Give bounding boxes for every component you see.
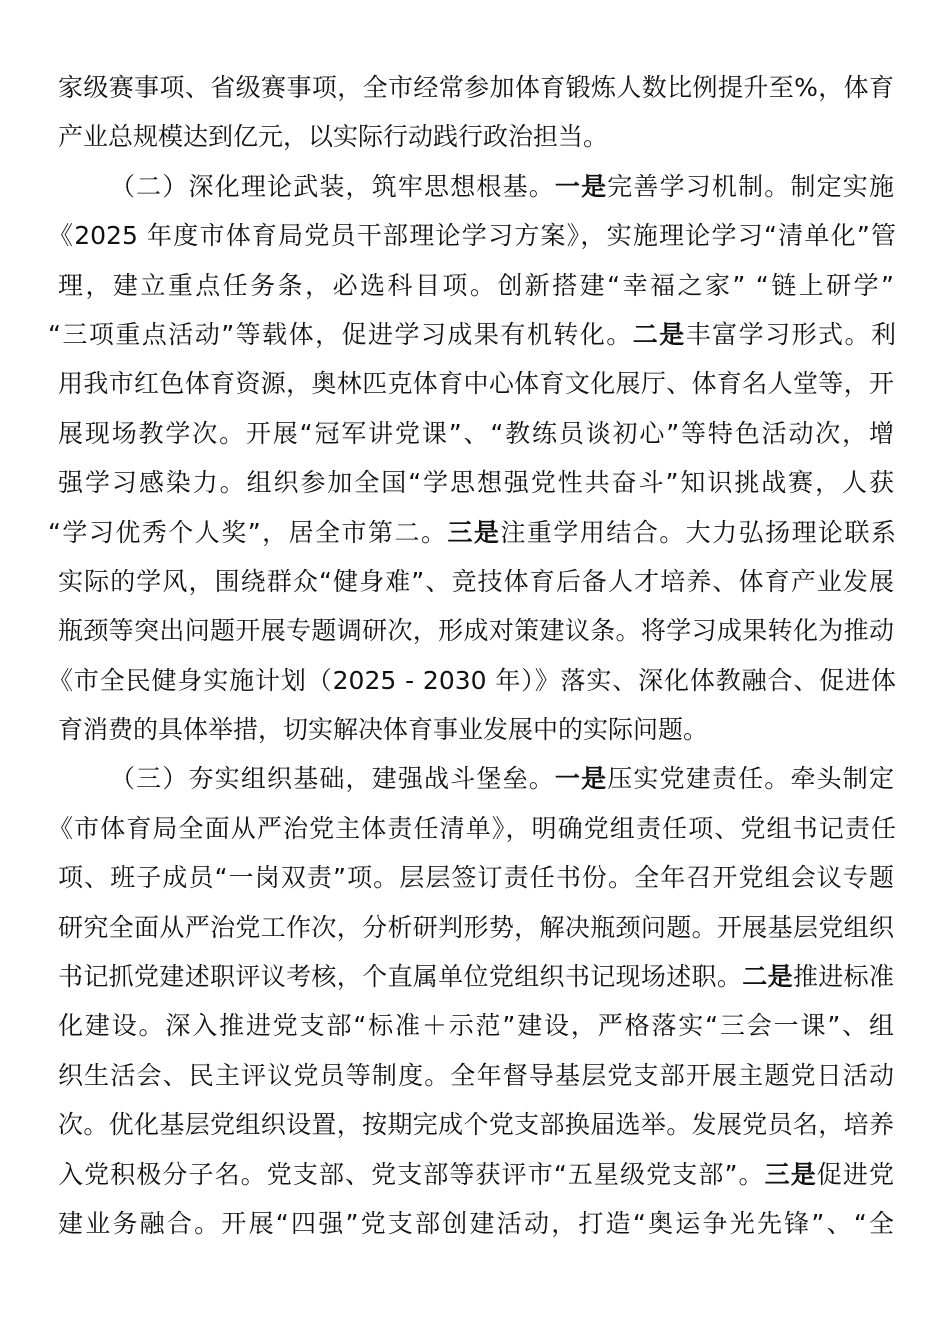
text-segment: 理，建立重点任务条，必选科目项。创新搭建“幸福之家” “链上研学” [58, 271, 894, 300]
text-line: 瓶颈等突出问题开展专题调研次，形成对策建议条。将学习成果转化为推动 [58, 609, 894, 658]
bold-lead-phrase: 一是 [555, 172, 607, 201]
text-segment: 《2025 年度市体育局党员干部理论学习方案》，实施理论学习“清单化”管 [48, 221, 896, 250]
text-segment: 推进标准 [793, 962, 894, 991]
text-line: 织生活会、民主评议党员等制度。全年督导基层党支部开展主题党日活动 [58, 1054, 894, 1103]
text-line: 展现场教学次。开展“冠军讲党课”、“教练员谈初心”等特色活动次，增 [58, 412, 894, 461]
text-segment: 压实党建责任。牵头制定 [607, 764, 894, 793]
text-segment: 入党积极分子名。党支部、党支部等获评市“五星级党支部”。 [58, 1160, 765, 1189]
text-segment: （二）深化理论武装，筑牢思想根基。 [110, 172, 555, 201]
document-page: 家级赛事项、省级赛事项，全市经常参加体育锻炼人数比例提升至%，体育产业总规模达到… [58, 66, 894, 1251]
text-line: 研究全面从严治党工作次，分析研判形势，解决瓶颈问题。开展基层党组织 [58, 906, 894, 955]
text-line: 入党积极分子名。党支部、党支部等获评市“五星级党支部”。三是促进党 [58, 1153, 894, 1202]
text-line: 用我市红色体育资源，奥林匹克体育中心体育文化展厅、体育名人堂等，开 [58, 362, 894, 411]
text-line: 《市体育局全面从严治党主体责任清单》，明确党组责任项、党组书记责任 [48, 807, 896, 856]
text-segment: 书记抓党建述职评议考核，个直属单位党组织书记现场述职。 [58, 962, 742, 991]
text-segment: （三）夯实组织基础，建强战斗堡垒。 [110, 764, 555, 793]
text-segment: “学习优秀个人奖”，居全市第二。 [48, 518, 447, 547]
text-segment: 《市全民健身实施计划（2025 - 2030 年）》落实、深化体教融合、促进体 [48, 666, 896, 695]
text-line: “学习优秀个人奖”，居全市第二。三是注重学用结合。大力弘扬理论联系 [48, 511, 896, 560]
text-segment: 次。优化基层党组织设置，按期完成个党支部换届选举。发展党员名，培养 [58, 1110, 894, 1139]
bold-lead-phrase: 三是 [447, 518, 500, 547]
text-line: 建业务融合。开展“四强”党支部创建活动，打造“奥运争光先锋”、“全 [58, 1202, 894, 1251]
text-line: 次。优化基层党组织设置，按期完成个党支部换届选举。发展党员名，培养 [58, 1103, 894, 1152]
text-segment: 化建设。深入推进党支部“标准＋示范”建设，严格落实“三会一课”、组 [58, 1011, 894, 1040]
text-segment: 织生活会、民主评议党员等制度。全年督导基层党支部开展主题党日活动 [58, 1061, 894, 1090]
text-line: 化建设。深入推进党支部“标准＋示范”建设，严格落实“三会一课”、组 [58, 1004, 894, 1053]
text-segment: 强学习感染力。组织参加全国“学思想强党性共奋斗”知识挑战赛，人获 [58, 468, 894, 497]
bold-lead-phrase: 三是 [765, 1160, 817, 1189]
text-segment: 家级赛事项、省级赛事项，全市经常参加体育锻炼人数比例提升至%，体育 [58, 73, 894, 102]
text-line: 《市全民健身实施计划（2025 - 2030 年）》落实、深化体教融合、促进体 [48, 659, 896, 708]
text-segment: 研究全面从严治党工作次，分析研判形势，解决瓶颈问题。开展基层党组织 [58, 913, 894, 942]
text-line: 实际的学风，围绕群众“健身难”、竞技体育后备人才培养、体育产业发展 [58, 560, 894, 609]
text-line: 书记抓党建述职评议考核，个直属单位党组织书记现场述职。二是推进标准 [58, 955, 894, 1004]
text-segment: 产业总规模达到亿元，以实际行动践行政治担当。 [58, 122, 608, 151]
text-segment: 用我市红色体育资源，奥林匹克体育中心体育文化展厅、体育名人堂等，开 [58, 369, 894, 398]
text-segment: 育消费的具体举措，切实解决体育事业发展中的实际问题。 [58, 715, 708, 744]
text-line: 《2025 年度市体育局党员干部理论学习方案》，实施理论学习“清单化”管 [48, 214, 896, 263]
text-segment: 瓶颈等突出问题开展专题调研次，形成对策建议条。将学习成果转化为推动 [58, 616, 894, 645]
text-line: 产业总规模达到亿元，以实际行动践行政治担当。 [58, 115, 894, 164]
text-line: 育消费的具体举措，切实解决体育事业发展中的实际问题。 [58, 708, 894, 757]
text-segment: 丰富学习形式。利 [686, 320, 896, 349]
bold-lead-phrase: 一是 [555, 764, 607, 793]
text-line: （三）夯实组织基础，建强战斗堡垒。一是压实党建责任。牵头制定 [58, 757, 894, 806]
text-line: 项、班子成员“一岗双责”项。层层签订责任书份。全年召开党组会议专题 [58, 856, 894, 905]
text-segment: 《市体育局全面从严治党主体责任清单》，明确党组责任项、党组书记责任 [48, 814, 896, 843]
text-segment: 项、班子成员“一岗双责”项。层层签订责任书份。全年召开党组会议专题 [58, 863, 894, 892]
text-segment: 完善学习机制。制定实施 [607, 172, 894, 201]
text-line: 强学习感染力。组织参加全国“学思想强党性共奋斗”知识挑战赛，人获 [58, 461, 894, 510]
bold-lead-phrase: 二是 [633, 320, 686, 349]
text-line: （二）深化理论武装，筑牢思想根基。一是完善学习机制。制定实施 [58, 165, 894, 214]
text-segment: 注重学用结合。大力弘扬理论联系 [500, 518, 896, 547]
text-line: 家级赛事项、省级赛事项，全市经常参加体育锻炼人数比例提升至%，体育 [58, 66, 894, 115]
text-line: 理，建立重点任务条，必选科目项。创新搭建“幸福之家” “链上研学” [58, 264, 894, 313]
text-line: “三项重点活动”等载体，促进学习成果有机转化。二是丰富学习形式。利 [48, 313, 896, 362]
bold-lead-phrase: 二是 [742, 962, 793, 991]
text-segment: 实际的学风，围绕群众“健身难”、竞技体育后备人才培养、体育产业发展 [58, 567, 894, 596]
text-segment: 展现场教学次。开展“冠军讲党课”、“教练员谈初心”等特色活动次，增 [58, 419, 894, 448]
text-segment: “三项重点活动”等载体，促进学习成果有机转化。 [48, 320, 633, 349]
text-segment: 促进党 [817, 1160, 894, 1189]
text-segment: 建业务融合。开展“四强”党支部创建活动，打造“奥运争光先锋”、“全 [58, 1209, 894, 1238]
